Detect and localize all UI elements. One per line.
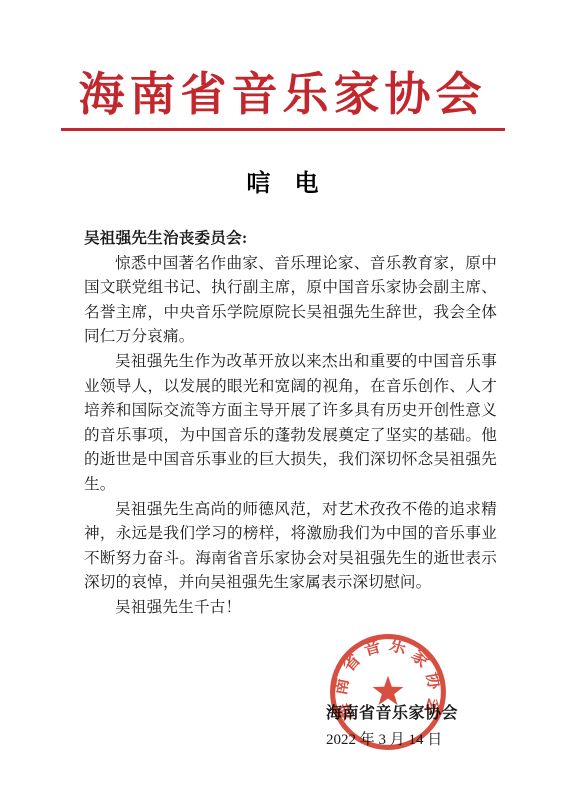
- closing-line: 吴祖强先生千古！: [84, 596, 497, 621]
- body-line: 国文联党组书记、执行副主席，原中国音乐家协会副主席、: [84, 276, 497, 301]
- org-letterhead-title: 海南省音乐家协会: [0, 70, 565, 120]
- star-icon: [373, 676, 404, 705]
- body-line: 惊悉中国著名作曲家、音乐理论家、音乐教育家，原中: [84, 252, 497, 277]
- salutation: 吴祖强先生治丧委员会:: [84, 227, 497, 252]
- letter-page: 海南省音乐家协会 唁 电 吴祖强先生治丧委员会: 惊悉中国著名作曲家、音乐理论家…: [0, 0, 565, 800]
- official-seal: 海南省音乐家协会: [328, 632, 448, 752]
- body-line: 神，永远是我们学习的榜样，将激励我们为中国的音乐事业: [84, 522, 497, 547]
- body-line: 生。: [84, 473, 497, 498]
- body-line: 深切的哀悼，并向吴祖强先生家属表示深切慰问。: [84, 571, 497, 596]
- body-line: 培养和国际交流等方面主导开展了许多具有历史开创性意义: [84, 399, 497, 424]
- body-line: 吴祖强先生作为改革开放以来杰出和重要的中国音乐事: [84, 350, 497, 375]
- body-line: 吴祖强先生高尚的师德风范，对艺术孜孜不倦的追求精: [84, 498, 497, 523]
- body-line: 同仁万分哀痛。: [84, 325, 497, 350]
- body-line: 名誉主席，中央音乐学院原院长吴祖强先生辞世，我会全体: [84, 301, 497, 326]
- document-title: 唁 电: [0, 169, 565, 199]
- body-line: 的逝世是中国音乐事业的巨大损失，我们深切怀念吴祖强先: [84, 448, 497, 473]
- body-line: 的音乐事项，为中国音乐的蓬勃发展奠定了坚实的基础。他: [84, 424, 497, 449]
- body-line: 业领导人，以发展的眼光和宽阔的视角，在音乐创作、人才: [84, 375, 497, 400]
- letterhead-rule: [61, 128, 505, 131]
- body-line: 不断努力奋斗。海南省音乐家协会对吴祖强先生的逝世表示: [84, 547, 497, 572]
- letter-body: 吴祖强先生治丧委员会: 惊悉中国著名作曲家、音乐理论家、音乐教育家，原中 国文联…: [84, 227, 497, 621]
